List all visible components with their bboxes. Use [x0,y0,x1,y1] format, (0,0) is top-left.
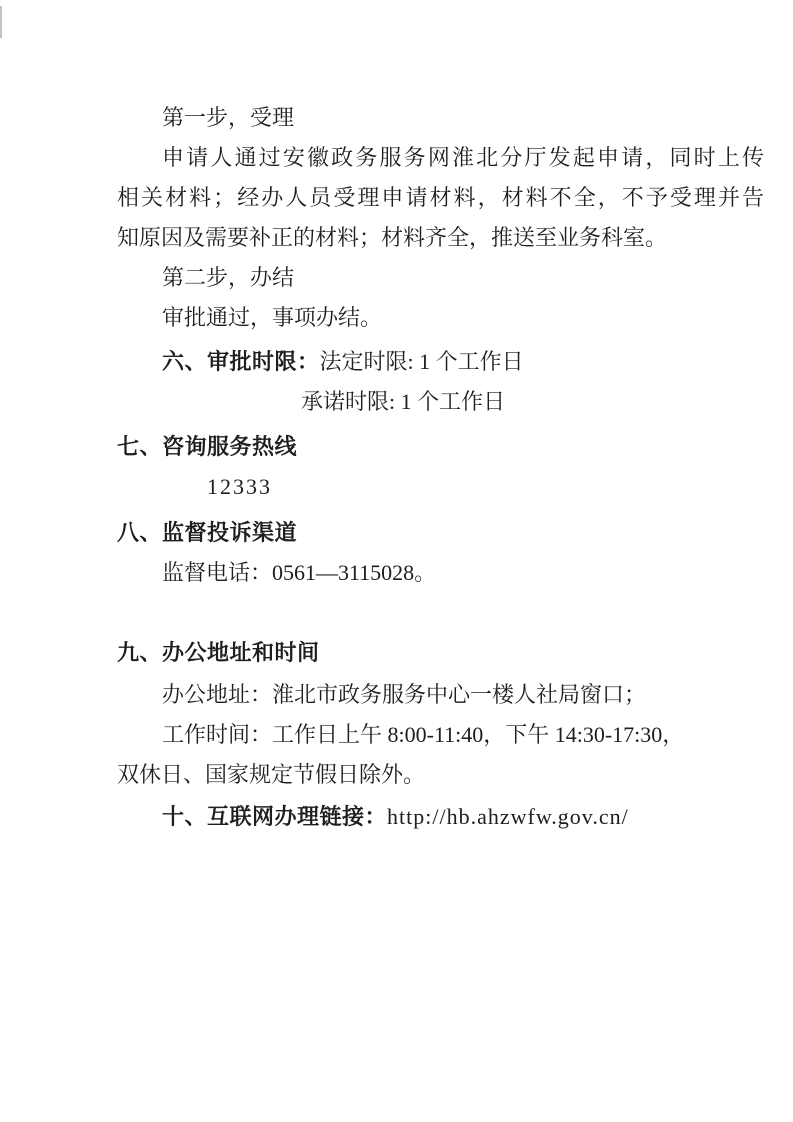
document-content: 第一步，受理 申请人通过安徽政务服务网淮北分厅发起申请，同时上传 相关材料；经办… [117,98,764,837]
office-hours-line1: 工作时间：工作日上午 8:00-11:40，下午 14:30-17:30， [117,715,764,755]
statutory-time-limit: 法定时限: 1 个工作日 [320,349,524,374]
document-page: 第一步，受理 申请人通过安徽政务服务网淮北分厅发起申请，同时上传 相关材料；经办… [0,0,793,1122]
promised-time-limit: 承诺时限: 1 个工作日 [117,382,764,422]
paragraph1-line3: 知原因及需要补正的材料；材料齐全，推送至业务科室。 [117,218,764,258]
hotline-number: 12333 [117,467,764,507]
scan-edge-artifact [0,6,2,38]
office-address: 办公地址：淮北市政务服务中心一楼人社局窗口； [117,675,764,715]
section6-heading: 六、审批时限： [162,349,320,374]
supervision-phone: 监督电话：0561—3115028。 [117,553,764,593]
step1-title: 第一步，受理 [117,98,764,138]
section8-heading: 八、监督投诉渠道 [117,513,764,553]
office-hours-line2: 双休日、国家规定节假日除外。 [117,755,764,795]
section10-heading: 十、互联网办理链接： [162,804,387,829]
section10-link-line: 十、互联网办理链接：http://hb.ahzwfw.gov.cn/ [117,797,764,837]
section7-heading: 七、咨询服务热线 [117,427,764,467]
step2-body: 审批通过，事项办结。 [117,298,764,338]
online-service-url: http://hb.ahzwfw.gov.cn/ [387,804,629,829]
step2-title: 第二步，办结 [117,258,764,298]
section9-heading: 九、办公地址和时间 [117,633,764,673]
paragraph1-line2: 相关材料；经办人员受理申请材料，材料不全，不予受理并告 [117,178,764,218]
paragraph1-line1: 申请人通过安徽政务服务网淮北分厅发起申请，同时上传 [117,138,764,178]
section6-time-limit-line: 六、审批时限：法定时限: 1 个工作日 [117,342,764,382]
